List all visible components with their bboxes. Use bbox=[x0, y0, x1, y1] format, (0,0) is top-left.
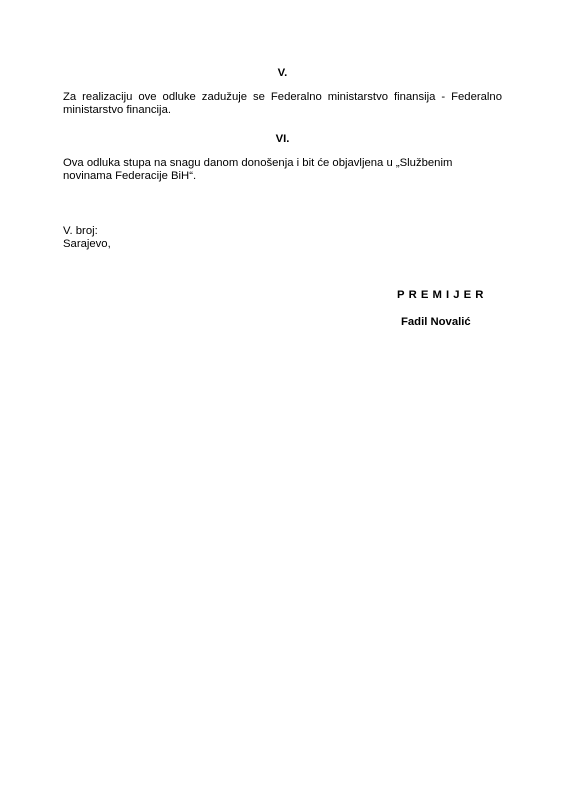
signature-name: Fadil Novalić bbox=[401, 316, 471, 329]
section-v-line-1: Za realizaciju ove odluke zadužuje se Fe… bbox=[63, 91, 502, 104]
section-v-line-2: ministarstvo financija. bbox=[63, 104, 502, 117]
section-vi-line-1: Ova odluka stupa na snagu danom donošenj… bbox=[63, 157, 502, 170]
section-vi-paragraph: Ova odluka stupa na snagu danom donošenj… bbox=[63, 157, 502, 182]
section-vi-line-2: novinama Federacije BiH“. bbox=[63, 170, 502, 183]
reference-number: V. broj: bbox=[63, 225, 98, 238]
section-heading-vi: VI. bbox=[63, 133, 502, 146]
signature-title: PREMIJER bbox=[397, 289, 488, 302]
document-page: V. Za realizaciju ove odluke zadužuje se… bbox=[0, 0, 566, 800]
section-heading-v: V. bbox=[63, 67, 502, 80]
place-of-issue: Sarajevo, bbox=[63, 238, 111, 251]
section-v-paragraph: Za realizaciju ove odluke zadužuje se Fe… bbox=[63, 91, 502, 116]
